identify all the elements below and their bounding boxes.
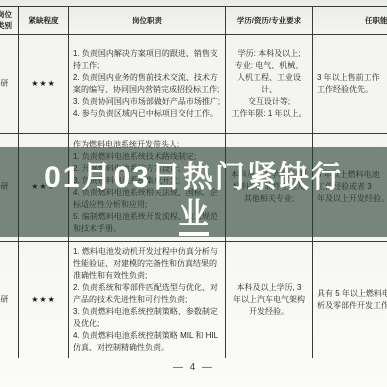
cell-urgency-stars: ★★★ [19,34,69,133]
cell-duty: 1. 负责国内解决方案项目的跟进、销售支持工作; 2. 负责国内业务的售前技术交… [69,34,226,133]
banner-title-line2: 业 [179,199,209,236]
banner-title-line1: 01月03日热门紧缺行 [44,152,343,196]
cell-education: 学历: 本科及以上; 专业: 电气、机械、 人机工程、工业设计、 交互设计等; … [226,34,313,133]
cell-requirement: 3 年以上售前工作 工作经验优先。 [313,34,387,133]
header-position: 岗位 类别 [0,7,19,35]
cell-requirement: 具有 5 年以上燃料电池系统分 析及零部件开发工作经验。 [313,241,387,358]
cell-position: 研 [0,241,19,358]
table-header-row: 岗位 类别 紧缺程度 岗位职责 学历/资历/专业要求 任职能力要求 [0,7,387,35]
header-education: 学历/资历/专业要求 [226,7,313,35]
cell-duty: 1. 燃料电池发动机开发过程中仿真分析与性能验证、对建模的完备性和仿真结果的准确… [69,241,226,358]
banner-overlay: 01月03日热门紧缺行 业 [0,147,387,237]
table-row: 研 ★★★ 1. 燃料电池发动机开发过程中仿真分析与性能验证、对建模的完备性和仿… [0,241,387,358]
cell-position: 研 [0,34,19,133]
header-requirement: 任职能力要求 [313,7,387,35]
header-urgency: 紧缺程度 [19,7,69,35]
cell-urgency-stars: ★★★ [19,241,69,358]
header-duty: 岗位职责 [69,7,226,35]
document-photo: 岗位 类别 紧缺程度 岗位职责 学历/资历/专业要求 任职能力要求 研 ★★★ … [0,0,387,387]
table-row: 研 ★★★ 1. 负责国内解决方案项目的跟进、销售支持工作; 2. 负责国内业务… [0,34,387,133]
page-number: — 4 — [0,362,387,373]
cell-education: 本科及以上学历, 3 年以上汽车电气架构 开发经验。 [226,241,313,358]
